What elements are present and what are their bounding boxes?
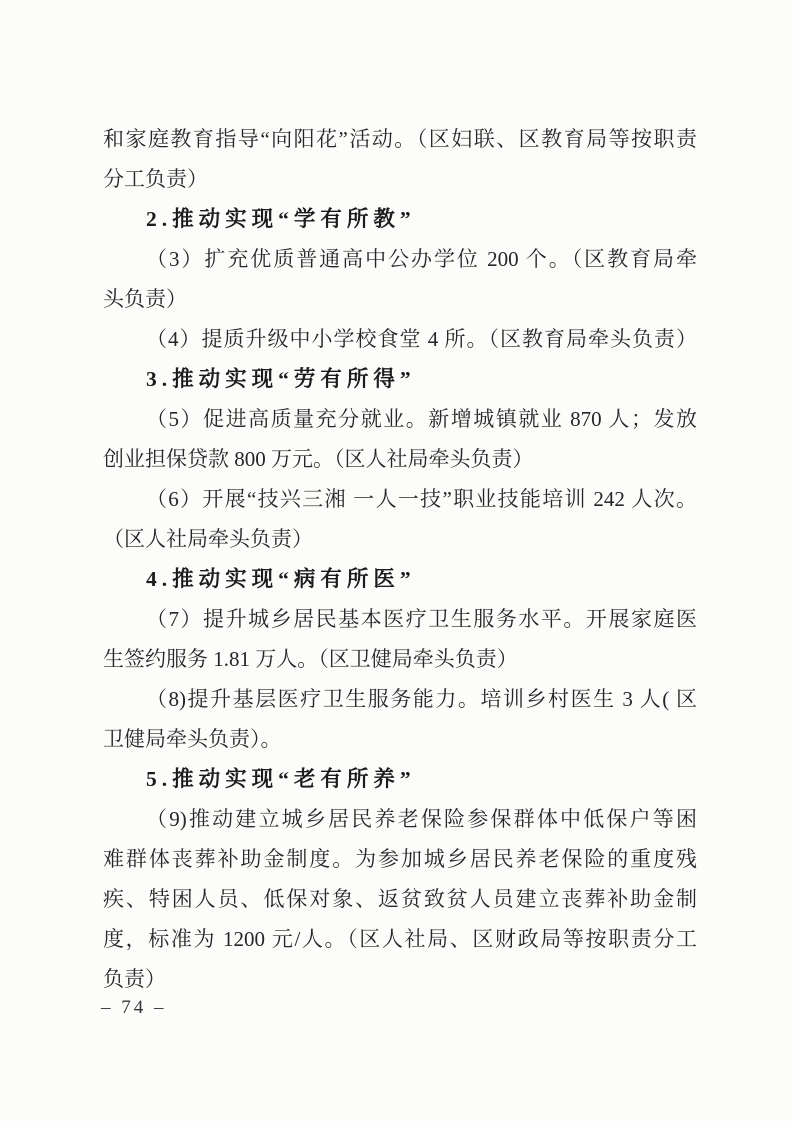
document-content: 和家庭教育指导“向阳花”活动。（区妇联、区教育局等按职责分工负责）2.推动实现“… — [103, 119, 697, 999]
body-text-line: 疾、特困人员、低保对象、返贫致贫人员建立丧葬补助金制 — [103, 879, 697, 919]
section-heading-line: 2.推动实现“学有所教” — [103, 199, 697, 239]
body-text-line: 负责） — [103, 959, 697, 999]
body-text-line: 难群体丧葬补助金制度。为参加城乡居民养老保险的重度残 — [103, 839, 697, 879]
body-text-line: 度，标准为 1200 元/人。（区人社局、区财政局等按职责分工 — [103, 919, 697, 959]
body-text-line: 生签约服务 1.81 万人。（区卫健局牵头负责） — [103, 639, 697, 679]
section-heading-line: 3.推动实现“劳有所得” — [103, 359, 697, 399]
body-text-line: （9)推动建立城乡居民养老保险参保群体中低保户等困 — [103, 799, 697, 839]
section-heading-line: 5.推动实现“老有所养” — [103, 759, 697, 799]
body-text-line: （5）促进高质量充分就业。新增城镇就业 870 人；发放 — [103, 399, 697, 439]
body-text-line: （3）扩充优质普通高中公办学位 200 个。（区教育局牵 — [103, 239, 697, 279]
body-text-line: （区人社局牵头负责） — [103, 519, 697, 559]
section-heading-line: 4.推动实现“病有所医” — [103, 559, 697, 599]
document-page: 和家庭教育指导“向阳花”活动。（区妇联、区教育局等按职责分工负责）2.推动实现“… — [0, 0, 793, 1121]
page-number: – 74 – — [101, 997, 167, 1019]
body-text-line: 头负责） — [103, 279, 697, 319]
body-text-line: 和家庭教育指导“向阳花”活动。（区妇联、区教育局等按职责 — [103, 119, 697, 159]
body-text-line: （8)提升基层医疗卫生服务能力。培训乡村医生 3 人( 区 — [103, 679, 697, 719]
body-text-line: 分工负责） — [103, 159, 697, 199]
body-text-line: 创业担保贷款 800 万元。（区人社局牵头负责） — [103, 439, 697, 479]
body-text-line: （7）提升城乡居民基本医疗卫生服务水平。开展家庭医 — [103, 599, 697, 639]
body-text-line: （6）开展“技兴三湘 一人一技”职业技能培训 242 人次。 — [103, 479, 697, 519]
body-text-line: 卫健局牵头负责）。 — [103, 719, 697, 759]
body-text-line: （4）提质升级中小学校食堂 4 所。（区教育局牵头负责） — [103, 319, 697, 359]
